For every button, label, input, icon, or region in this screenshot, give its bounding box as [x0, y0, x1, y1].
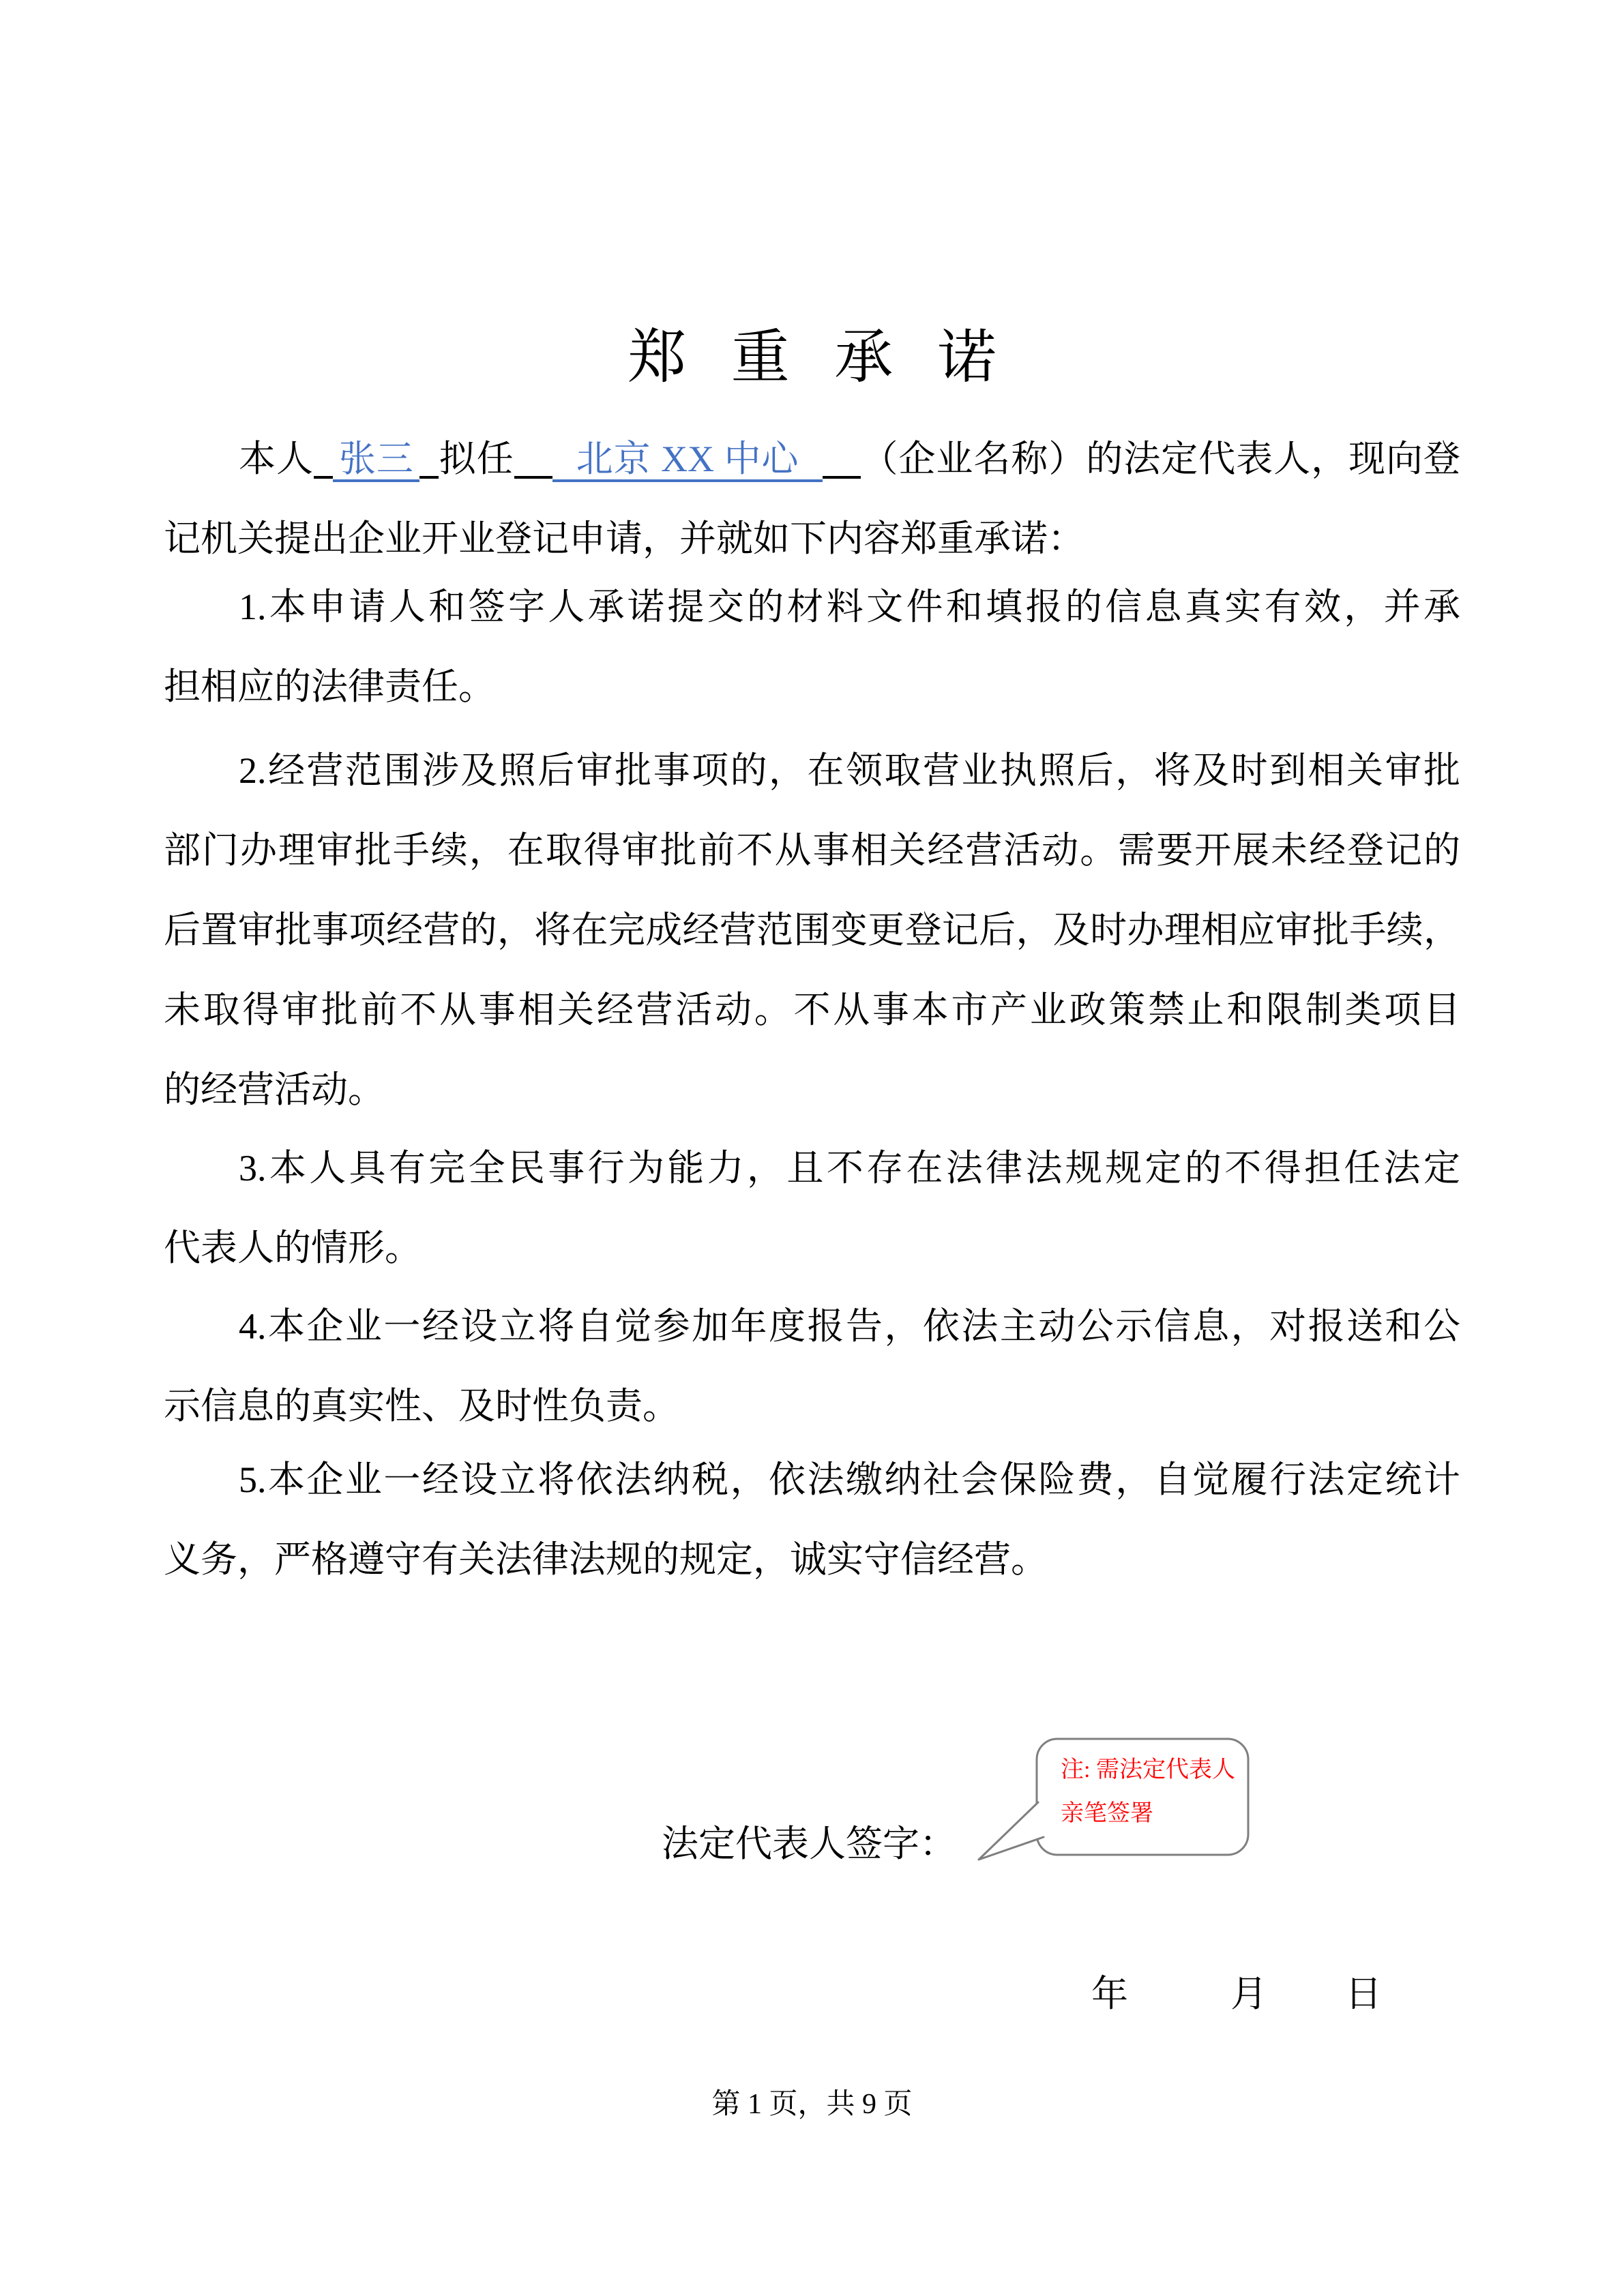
- intro-line-1: 本人张三拟任北京 XX 中心（企业名称）的法定代表人，现向登: [164, 419, 1460, 499]
- clause-line: 未取得审批前不从事相关经营活动。不从事本市产业政策禁止和限制类项目: [164, 970, 1460, 1050]
- clause-line: 5.本企业一经设立将依法纳税，依法缴纳社会保险费，自觉履行法定统计: [164, 1440, 1460, 1520]
- page-title: 郑 重 承 诺: [0, 322, 1624, 393]
- clause-1: 1.本申请人和签字人承诺提交的材料文件和填报的信息真实有效，并承 担相应的法律责…: [164, 567, 1460, 727]
- blank-underscore: [823, 476, 861, 479]
- blank-underscore: [419, 476, 439, 479]
- clause-line: 的经营活动。: [164, 1050, 1460, 1130]
- intro-conjunction: 拟任: [439, 438, 514, 479]
- legal-rep-name-field[interactable]: 张三: [333, 438, 419, 482]
- callout-note-line-2: 亲笔签署: [1061, 1800, 1153, 1828]
- intro-prefix: 本人: [239, 438, 314, 479]
- clause-4: 4.本企业一经设立将自觉参加年度报告，依法主动公示信息，对报送和公 示信息的真实…: [164, 1287, 1460, 1446]
- blank-underscore: [514, 476, 552, 479]
- clause-3: 3.本人具有完全民事行为能力，且不存在法律法规规定的不得担任法定 代表人的情形。: [164, 1129, 1460, 1288]
- day-label: 日: [1345, 1967, 1382, 2021]
- signature-note-callout: 注: 需法定代表人 亲笔签署: [962, 1724, 1269, 1881]
- month-label: 月: [1230, 1967, 1267, 2021]
- clause-line: 代表人的情形。: [164, 1208, 1460, 1288]
- legal-rep-signature-label: 法定代表人签字：: [662, 1817, 956, 1871]
- page-number-footer: 第 1 页，共 9 页: [0, 2085, 1624, 2123]
- clause-line: 部门办理审批手续，在取得审批前不从事相关经营活动。需要开展未经登记的: [164, 811, 1460, 891]
- intro-paragraph: 本人张三拟任北京 XX 中心（企业名称）的法定代表人，现向登 记机关提出企业开业…: [164, 419, 1460, 579]
- blank-underscore: [314, 476, 333, 479]
- year-label: 年: [1091, 1967, 1128, 2021]
- clause-line: 4.本企业一经设立将自觉参加年度报告，依法主动公示信息，对报送和公: [164, 1287, 1460, 1367]
- clause-line: 示信息的真实性、及时性负责。: [164, 1367, 1460, 1446]
- clause-line: 后置审批事项经营的，将在完成经营范围变更登记后，及时办理相应审批手续，: [164, 891, 1460, 970]
- callout-note-line-1: 注: 需法定代表人: [1061, 1757, 1235, 1784]
- clause-2: 2.经营范围涉及照后审批事项的，在领取营业执照后，将及时到相关审批 部门办理审批…: [164, 731, 1460, 1130]
- clause-line: 2.经营范围涉及照后审批事项的，在领取营业执照后，将及时到相关审批: [164, 731, 1460, 811]
- company-name-field[interactable]: 北京 XX 中心: [552, 438, 823, 482]
- document-page: 郑 重 承 诺 本人张三拟任北京 XX 中心（企业名称）的法定代表人，现向登 记…: [0, 0, 1624, 2296]
- clause-line: 义务，严格遵守有关法律法规的规定，诚实守信经营。: [164, 1520, 1460, 1600]
- clause-line: 1.本申请人和签字人承诺提交的材料文件和填报的信息真实有效，并承: [164, 567, 1460, 647]
- intro-suffix: （企业名称）的法定代表人，现向登: [861, 438, 1460, 479]
- clause-5: 5.本企业一经设立将依法纳税，依法缴纳社会保险费，自觉履行法定统计 义务，严格遵…: [164, 1440, 1460, 1600]
- clause-line: 3.本人具有完全民事行为能力，且不存在法律法规规定的不得担任法定: [164, 1129, 1460, 1208]
- clause-line: 担相应的法律责任。: [164, 647, 1460, 727]
